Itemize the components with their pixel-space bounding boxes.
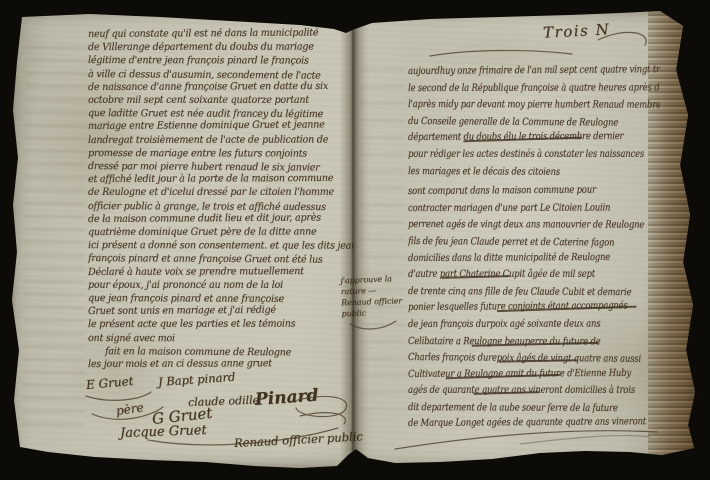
gruet-swash-flourish [86,392,151,400]
manuscript-line: pour époux, j'ai prononcé au nom de la l… [88,279,341,292]
ink-strikethrough [446,374,560,379]
manuscript-line: contracter mariagen d'une part Le Citoie… [408,200,620,217]
bottom-arc-flourish [395,431,657,449]
manuscript-line: quatrième dominique Gruet père de la dit… [88,225,341,239]
manuscript-line: les mariages et le décais des citoiens [408,164,620,182]
manuscript-line: Gruet sont unis en mariage et j'ai rédig… [88,304,341,319]
manuscript-line: les jour mois et an ci dessus anne gruet [88,357,341,371]
signature-pinard: Pinard [254,386,319,410]
manuscript-line: et affiché ledit jour à la porte de la m… [88,172,341,186]
manuscript-line: sont comparut dans la maison commune pou… [408,183,620,201]
manuscript-line: l'après midy par devant moy pierre humbe… [408,97,620,114]
manuscript-line: de Reulogne et d'icelui dressé par le ci… [88,186,341,199]
left-page-text: neuf qui constate qu'il est né dans la m… [88,28,354,376]
manuscript-line: landregat troisièmement de l'acte de pub… [88,133,341,147]
manuscript-line: perrenet agés de vingt deux ans manouvri… [408,217,620,234]
manuscript-line: de la maison commune dudit lieu et dit j… [88,211,341,226]
manuscript-line: Cultivateur a Reulogne amit du future d'… [408,366,620,384]
manuscript-line: ont signé avec moi [88,332,341,346]
scan-background: neuf qui constate qu'il est né dans la m… [0,0,710,480]
manuscript-line: agés de quarante quatre ans vineront dom… [408,383,620,400]
manuscript-line: le second de la République françoise à q… [408,80,620,97]
manuscript-spread: neuf qui constate qu'il est né dans la m… [0,0,710,480]
manuscript-line: ponier lesquelles future conjoints étant… [408,299,620,317]
manuscript-line: pour rédiger les actes destinés à consta… [408,147,620,164]
manuscript-line: promesse de mariage entre les futurs con… [88,147,341,161]
ink-strikethrough [442,275,510,278]
ink-strikethrough [463,137,582,142]
manuscript-line: octobre mil sept cent soixante quatorze … [88,94,341,107]
manuscript-line: Celibataire a Reulogne beauperre du futu… [408,334,620,351]
signature-jacque-gruet: Jacque Gruet [120,423,207,441]
fold-crease [352,0,354,480]
ink-strikethrough [471,342,598,346]
ink-strikethrough [499,360,577,363]
signature-e-gruet: E Gruet [85,374,134,392]
manuscript-line: domicilies dans la ditte municipalité de… [408,249,620,267]
manuscript-line: d'autre part Chaterine Cupit âgée de mil… [408,267,620,284]
manuscript-line: de naissance d'anne françoise Gruet en d… [88,80,341,94]
book-gutter [340,0,370,480]
right-page-text: aujourdhuy onze frimaire de l'an mil sep… [408,64,660,432]
manuscript-line: de jean françois durpoix agé soixante de… [408,316,620,333]
manuscript-line: aujourdhuy onze frimaire de l'an mil sep… [408,64,620,81]
pinard-loop-flourish [300,413,345,424]
ink-strikethrough [497,306,637,312]
signature-pere: père [115,400,144,418]
manuscript-line: Déclaré à haute voix se prendre mutuelle… [88,265,341,279]
manuscript-line: légitime d'entre jean françois pinard le… [88,54,341,68]
manuscript-line: ici présent a donné son consentement. et… [88,239,341,253]
manuscript-line: de Villerange département du doubs du ma… [88,41,341,55]
manuscript-line: département du doubs élu le trois décemb… [408,129,620,147]
header-underline-flourish [430,50,572,56]
ink-strikethrough [474,392,540,395]
manuscript-line: de Marque Longet agées de quarante quatr… [408,415,620,432]
manuscript-line: neuf qui constate qu'il est né dans la m… [88,28,341,41]
manuscript-line: mariage entre Estienne dominique Gruet e… [88,119,341,134]
bottom-arc-echo [520,436,650,444]
folio-number: Trois N [543,20,611,41]
ink-bleed-through [22,40,88,431]
manuscript-line: le présent acte que les parties et les t… [88,318,341,332]
